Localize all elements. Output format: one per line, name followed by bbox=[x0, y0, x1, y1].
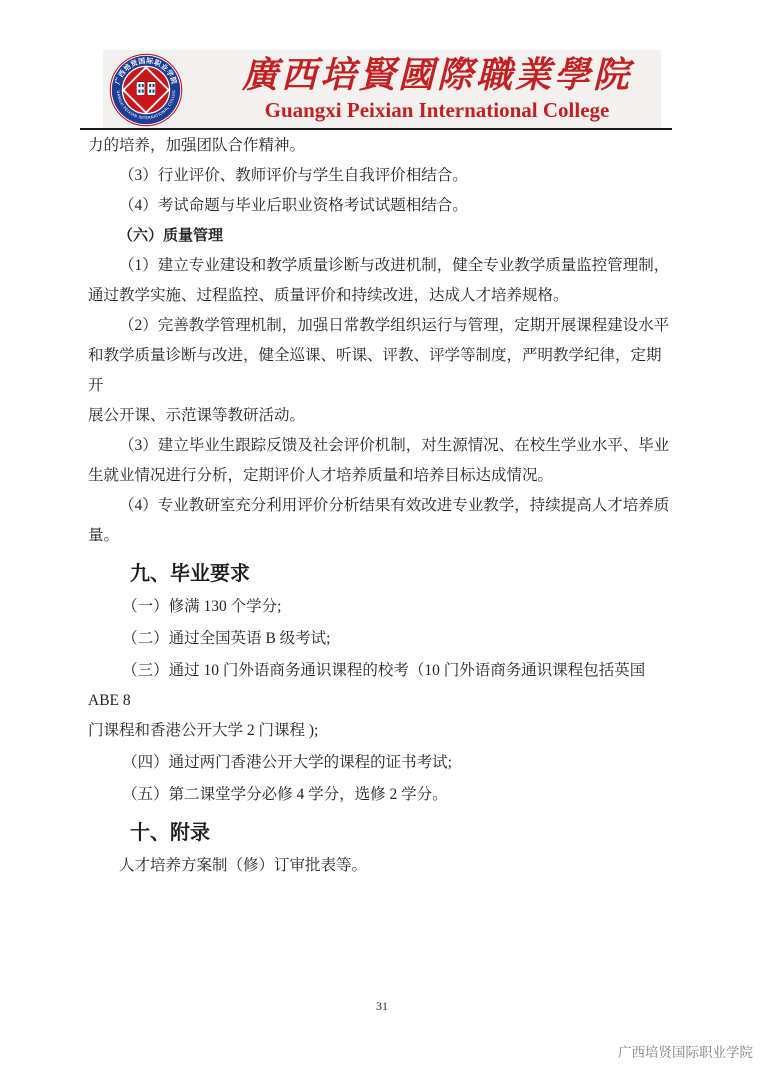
page-number: 31 bbox=[0, 999, 764, 1014]
graduation-req-1: （一）修满 130 个学分; bbox=[88, 592, 676, 622]
paragraph-continuation: 力的培养，加强团队合作精神。 bbox=[88, 131, 676, 161]
footer-college-name: 广西培贤国际职业学院 bbox=[618, 1041, 753, 1061]
college-title-english: Guangxi Peixian International College bbox=[215, 98, 659, 122]
document-page: 广西培贤国际职业学院 GUANGXI PEIXIAN INTERNATIONAL… bbox=[0, 0, 764, 1080]
subheading-quality-management: （六）质量管理 bbox=[88, 221, 676, 251]
paragraph-appendix: 人才培养方案制（修）订审批表等。 bbox=[88, 851, 676, 881]
graduation-req-3: （三）通过 10 门外语商务通识课程的校考（10 门外语商务通识课程包括英国 A… bbox=[88, 656, 676, 746]
paragraph-quality-2: （2）完善教学管理机制，加强日常教学组织运行与管理，定期开展课程建设水平 和教学… bbox=[88, 311, 676, 431]
header-divider bbox=[80, 128, 672, 130]
graduation-req-4: （四）通过两门香港公开大学的课程的证书考试; bbox=[88, 748, 676, 778]
paragraph-quality-4: （4）专业教研室充分利用评价分析结果有效改进专业教学，持续提高人才培养质 量。 bbox=[88, 491, 676, 551]
graduation-req-5: （五）第二课堂学分必修 4 学分，选修 2 学分。 bbox=[88, 780, 676, 810]
document-body: 力的培养，加强团队合作精神。 （3）行业评价、教师评价与学生自我评价相结合。 （… bbox=[88, 131, 676, 881]
section-heading-graduation: 九、毕业要求 bbox=[88, 561, 676, 587]
paragraph-quality-3: （3）建立毕业生跟踪反馈及社会评价机制，对生源情况、在校生学业水平、毕业 生就业… bbox=[88, 431, 676, 491]
graduation-req-2: （二）通过全国英语 B 级考试; bbox=[88, 624, 676, 654]
section-heading-appendix: 十、附录 bbox=[88, 820, 676, 846]
paragraph-quality-1: （1）建立专业建设和教学质量诊断与改进机制，健全专业教学质量监控管理制， 通过教… bbox=[88, 251, 676, 311]
college-logo-icon: 广西培贤国际职业学院 GUANGXI PEIXIAN INTERNATIONAL… bbox=[109, 53, 183, 127]
paragraph-item4: （4）考试命题与毕业后职业资格考试试题相结合。 bbox=[88, 191, 676, 221]
college-title-chinese: 廣西培賢國際職業學院 bbox=[215, 52, 659, 98]
document-header: 广西培贤国际职业学院 GUANGXI PEIXIAN INTERNATIONAL… bbox=[103, 50, 661, 128]
paragraph-item3: （3）行业评价、教师评价与学生自我评价相结合。 bbox=[88, 161, 676, 191]
college-titles: 廣西培賢國際職業學院 Guangxi Peixian International… bbox=[215, 52, 659, 122]
